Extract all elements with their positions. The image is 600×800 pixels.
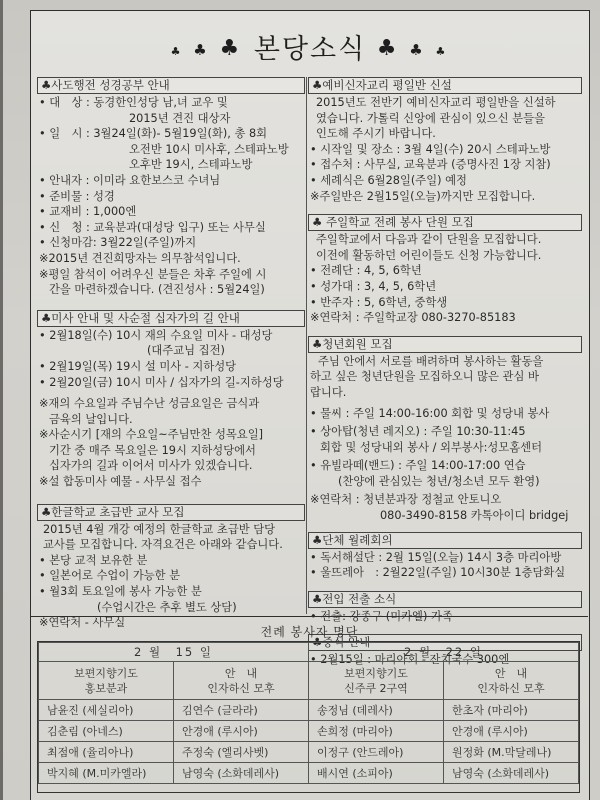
roster-header-line: 보편지향기도: [309, 666, 443, 681]
notice-line: ※2015년 견진희망자는 의무참석입니다.: [37, 251, 305, 267]
notice-line: • 울뜨레아 : 2월22일(주일) 10시30분 1층담화실: [308, 565, 582, 581]
roster-cell: 주정숙 (엘리사벳): [174, 742, 309, 763]
notice-line: ※재의 수요일과 주님수난 성금요일은 금식과: [37, 396, 305, 412]
section-heading: ♣미사 안내 및 사순절 십자가의 길 안내: [37, 310, 305, 327]
roster-cell: 이정구 (안드레아): [309, 742, 444, 763]
notice-line: (찬양에 관심있는 청년/청소년 모두 환영): [308, 474, 582, 490]
roster-row: 최점애 (율리아나) 주정숙 (엘리사벳) 이정구 (안드레아) 원정화 (M.…: [39, 742, 579, 763]
notice-line: 2015년도 전반기 예비신자교리 평일반을 신설하: [308, 95, 582, 111]
section-heading: ♣예비신자교리 평일반 신설: [308, 77, 582, 94]
notice-line: • 2월19일(목) 19시 설 미사 - 지하성당: [37, 359, 305, 375]
roster-row: 남윤진 (세실리아) 김연수 (글라라) 송정님 (데레사) 한초자 (마리아): [39, 700, 579, 721]
section-heading: ♣ 주일학교 전례 봉사 단원 모집: [308, 214, 582, 231]
roster-table: 2 월 15 일 2 월 22 일 보편지향기도홍보분과 안 내인자하신 모후 …: [38, 642, 579, 784]
page-title: ♣ ♣ ♣ 본당소식 ♣ ♣ ♣: [31, 27, 589, 66]
roster-header-cell: 안 내인자하신 모후: [444, 662, 579, 700]
roster-table-wrapper: 2 월 15 일 2 월 22 일 보편지향기도홍보분과 안 내인자하신 모후 …: [37, 641, 580, 793]
roster-cell: 한초자 (마리아): [444, 700, 579, 721]
liturgy-volunteer-roster: 전례 봉사자 명단 2 월 15 일 2 월 22 일 보편지향기도홍보분과 안…: [31, 616, 588, 800]
roster-cell: 송정님 (데레사): [309, 700, 444, 721]
page-title-text: 본당소식: [254, 34, 366, 65]
notice-line: 금육의 날입니다.: [37, 412, 305, 428]
notice-line: 하고 싶은 청년단원을 모집하오니 많은 관심 바: [308, 369, 582, 385]
notice-line: 080-3490-8158 카톡아이디 bridgej: [308, 508, 582, 524]
roster-header-line: 홍보분과: [39, 681, 173, 696]
roster-row: 박지혜 (M.미카엘라) 남영숙 (소화데레사) 배시연 (소피아) 남영숙 (…: [39, 763, 579, 784]
section-heading: ♣단체 월례회의: [308, 532, 582, 549]
notice-line: • 접수처 : 사무실, 교육분과 (증명사진 1장 지참): [308, 157, 582, 173]
notice-line: ※평일 참석이 어려우신 분들은 차후 주일에 시: [37, 267, 305, 283]
clubs-ornament-left-icon: ♣ ♣ ♣: [171, 41, 244, 59]
roster-header-line: 안 내: [174, 666, 308, 681]
notice-line: 랍니다.: [308, 385, 582, 401]
roster-header-row: 보편지향기도홍보분과 안 내인자하신 모후 보편지향기도신주쿠 2구역 안 내인…: [39, 662, 579, 700]
notice-line: 십자가의 길과 이어서 미사가 있겠습니다.: [37, 458, 305, 474]
notice-line: 오전반 10시 미사후, 스테파노방: [37, 142, 305, 158]
roster-header-cell: 보편지향기도신주쿠 2구역: [309, 662, 444, 700]
notice-line: • 일 시 : 3월24일(화)- 5월19일(화), 총 8회: [37, 126, 305, 142]
section-korean-school-teacher: ♣한글학교 초급반 교사 모집 2015년 4월 개강 예정의 한글학교 초급반…: [37, 504, 305, 631]
notice-line: • 성가대 : 3, 4, 5, 6학년: [308, 279, 582, 295]
roster-cell: 안경애 (루시아): [174, 721, 309, 742]
section-sunday-school-liturgy: ♣ 주일학교 전례 봉사 단원 모집 주일학교에서 다음과 같이 단원을 모집합…: [308, 214, 582, 326]
notice-line: • 신청마감: 3월22일(주일)까지: [37, 235, 305, 251]
roster-date-cell: 2 월 15 일: [39, 643, 309, 662]
notice-line: • 준비물 : 성경: [37, 189, 305, 205]
roster-cell: 안경애 (루시아): [444, 721, 579, 742]
notice-line: • 반주자 : 5, 6학년, 중학생: [308, 295, 582, 311]
right-column: ♣예비신자교리 평일반 신설 2015년도 전반기 예비신자교리 평일반을 신설…: [308, 77, 582, 675]
section-mass-and-way-of-cross: ♣미사 안내 및 사순절 십자가의 길 안내 • 2월18일(수) 10시 재의…: [37, 310, 305, 490]
notice-line: • 본당 교적 보유한 분: [37, 553, 305, 569]
section-heading: ♣전입 전출 소식: [308, 591, 582, 608]
section-heading: ♣사도행전 성경공부 안내: [37, 77, 305, 94]
roster-cell: 박지혜 (M.미카엘라): [39, 763, 174, 784]
roster-cell: 손희정 (마리아): [309, 721, 444, 742]
roster-title: 전례 봉사자 명단: [31, 623, 588, 640]
roster-date-row: 2 월 15 일 2 월 22 일: [39, 643, 579, 662]
notice-line: • 대 상 : 동경한인성당 남,녀 교우 및: [37, 95, 305, 111]
notice-line: • 세례식은 6월28일(주일) 예정: [308, 173, 582, 189]
notice-line: • 독서해설단 : 2월 15일(오늘) 14시 3층 마리아방: [308, 550, 582, 566]
notice-line: (대주교님 집전): [37, 343, 305, 359]
notice-line: (수업시간은 추후 별도 상담): [37, 600, 305, 616]
roster-cell: 남윤진 (세실리아): [39, 700, 174, 721]
notice-line: 기간 중 매주 목요일은 19시 지하성당에서: [37, 443, 305, 459]
notice-line: 인도해 주시기 바랍니다.: [308, 126, 582, 142]
notice-line: • 2월18일(수) 10시 재의 수요일 미사 - 대성당: [37, 328, 305, 344]
notice-line: • 2월20일(금) 10시 미사 / 십자가의 길-지하성당: [37, 375, 305, 391]
section-acts-bible-study: ♣사도행전 성경공부 안내 • 대 상 : 동경한인성당 남,녀 교우 및 20…: [37, 77, 305, 298]
notice-line: • 시작일 및 장소 : 3월 4일(수) 20시 스테파노방: [308, 142, 582, 158]
notice-line: 2015년 견진 대상자: [37, 111, 305, 127]
notice-line: 였습니다. 가톨릭 신앙에 관심이 있으신 분들을: [308, 111, 582, 127]
notice-line: • 안내자 : 이미라 요한보스코 수녀님: [37, 173, 305, 189]
notice-line: • 물씨 : 주일 14:00-16:00 회합 및 성당내 봉사: [308, 406, 582, 422]
roster-header-line: 인자하신 모후: [174, 681, 308, 696]
column-divider: [306, 77, 307, 614]
notice-line: 2015년 4월 개강 예정의 한글학교 초급반 담당: [37, 522, 305, 538]
roster-cell: 배시연 (소피아): [309, 763, 444, 784]
notice-line: • 일본어로 수업이 가능한 분: [37, 568, 305, 584]
notice-line: • 교재비 : 1,000엔: [37, 204, 305, 220]
notice-line: 간을 마련하겠습니다. (견진성사 : 5월24일): [37, 282, 305, 298]
notice-line: • 신 청 : 교육분과(대성당 입구) 또는 사무실: [37, 220, 305, 236]
roster-row: 김춘림 (아네스) 안경애 (루시아) 손희정 (마리아) 안경애 (루시아): [39, 721, 579, 742]
roster-cell: 원정화 (M.막달레나): [444, 742, 579, 763]
section-heading: ♣한글학교 초급반 교사 모집: [37, 504, 305, 521]
notice-line: ※주일반은 2월15일(오늘)까지만 모집합니다.: [308, 189, 582, 205]
roster-header-line: 신주쿠 2구역: [309, 681, 443, 696]
notice-line: • 상아탑(청년 레지오) : 주일 10:30-11:45: [308, 424, 582, 440]
notice-line: 교사를 모집합니다. 자격요건은 아래와 같습니다.: [37, 537, 305, 553]
section-youth-members: ♣청년회원 모집 주님 안에서 서로를 배려하며 봉사하는 활동을 하고 싶은 …: [308, 336, 582, 524]
roster-header-line: 인자하신 모후: [444, 681, 578, 696]
section-group-meetings: ♣단체 월례회의 • 독서해설단 : 2월 15일(오늘) 14시 3층 마리아…: [308, 532, 582, 581]
notice-line: 주일학교에서 다음과 같이 단원을 모집합니다.: [308, 232, 582, 248]
roster-cell: 남영숙 (소화데레사): [174, 763, 309, 784]
notice-line: ※연락처 : 청년분과장 정철교 안토니오: [308, 492, 582, 508]
notice-line: 회합 및 성당내외 봉사 / 외부봉사:성모홈센터: [308, 440, 582, 456]
notice-line: ※연락처 : 주일학교장 080-3270-85183: [308, 310, 582, 326]
roster-date-cell: 2 월 22 일: [309, 643, 579, 662]
roster-header-cell: 안 내인자하신 모후: [174, 662, 309, 700]
bulletin-page: ♣ ♣ ♣ 본당소식 ♣ ♣ ♣ ♣사도행전 성경공부 안내 • 대 상 : 동…: [30, 10, 590, 800]
notice-line: ※사순시기 [재의 수요일~주님만찬 성목요일]: [37, 427, 305, 443]
notice-line: 이전에 활동하던 어린이들도 신청 가능합니다.: [308, 248, 582, 264]
notice-line: • 유빌라떼(밴드) : 주일 14:00-17:00 연습: [308, 458, 582, 474]
notice-line: ※설 합동미사 예물 - 사무실 접수: [37, 474, 305, 490]
clubs-ornament-right-icon: ♣ ♣ ♣: [377, 41, 450, 59]
section-heading: ♣청년회원 모집: [308, 336, 582, 353]
roster-header-cell: 보편지향기도홍보분과: [39, 662, 174, 700]
notice-line: 주님 안에서 서로를 배려하며 봉사하는 활동을: [308, 354, 582, 370]
roster-cell: 김춘림 (아네스): [39, 721, 174, 742]
left-column: ♣사도행전 성경공부 안내 • 대 상 : 동경한인성당 남,녀 교우 및 20…: [37, 77, 305, 638]
roster-header-line: 보편지향기도: [39, 666, 173, 681]
paper-left-edge: [0, 0, 3, 800]
notice-line: • 전례단 : 4, 5, 6학년: [308, 263, 582, 279]
roster-header-line: 안 내: [444, 666, 578, 681]
notice-line: 오후반 19시, 스테파노방: [37, 157, 305, 173]
roster-cell: 남영숙 (소화데레사): [444, 763, 579, 784]
roster-cell: 최점애 (율리아나): [39, 742, 174, 763]
notice-line: • 월3회 토요일에 봉사 가능한 분: [37, 584, 305, 600]
section-catechumen-weekday: ♣예비신자교리 평일반 신설 2015년도 전반기 예비신자교리 평일반을 신설…: [308, 77, 582, 204]
roster-cell: 김연수 (글라라): [174, 700, 309, 721]
